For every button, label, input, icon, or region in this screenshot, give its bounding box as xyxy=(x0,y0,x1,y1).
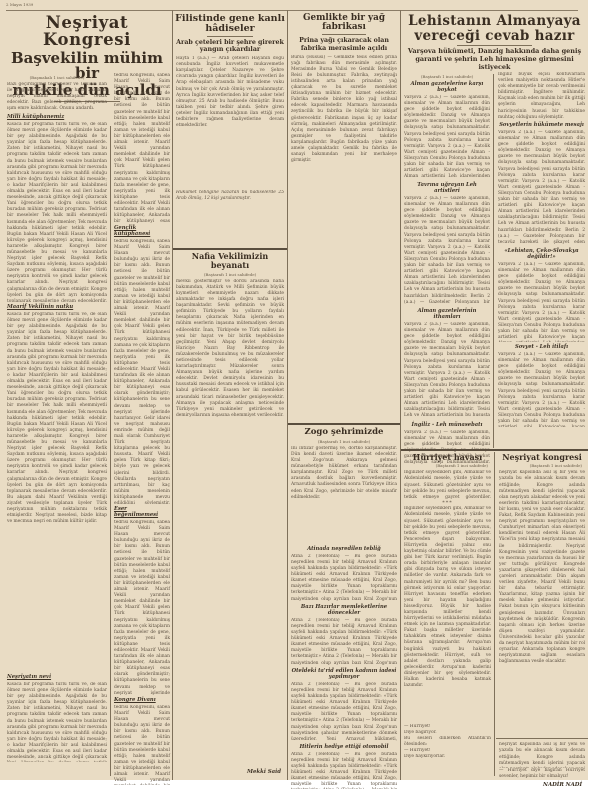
article-hurriyet-havasi: Hürriyet havası (Baştarafı 1 inci sahife… xyxy=(401,453,494,760)
section-title: Bazı Hazırlar memleketlerine dönecekler xyxy=(291,604,397,616)
closing-line: Bu sesleri dinlerken Atlantik'in ötesind… xyxy=(401,736,494,748)
article-body: Varşova 2 (a.a.) — Gazete ajansının, sin… xyxy=(495,352,588,427)
article-body: Atina 2 (Telefonla) — Bu gece burada neş… xyxy=(288,618,400,666)
column-rule xyxy=(494,452,495,776)
signature: NADİR NADİ xyxy=(496,782,588,788)
headline-nafia-2: beyanatı xyxy=(173,261,287,269)
section-title: Maarif Vekilinin nutku xyxy=(7,304,107,310)
dateline: (Baştarafı 1 inci sahifede) xyxy=(401,463,494,468)
nesriyat-column-1: (Başmakalı 1 inci sahifede) Bazı geçirdi… xyxy=(4,73,110,762)
headline-nesriyat-kongresi: Neşriyat kongresi xyxy=(496,453,588,461)
divider xyxy=(457,45,532,46)
article-nafia: Nafia Vekilimizin beyanatı (Baştarafı 1 … xyxy=(173,252,287,775)
article-body: Varşova 2 (a.a.) — Gazete ajansının, sin… xyxy=(495,130,588,246)
section-title: Alman gazetelerinin ithamları xyxy=(404,308,490,320)
section-rule xyxy=(288,423,400,425)
section-title: Alman gazetelerine karşı boykot xyxy=(404,81,490,93)
lehistan-column-2: İngiliz büyük elçisi kontuvarlara verile… xyxy=(495,72,588,427)
headline-filistin: Filistinde gene kanlı hâdiseler xyxy=(173,14,287,34)
headline-zogo: Zogo şehrimizde xyxy=(288,428,400,437)
article-body: Kısaca bir programa türlü türlü ve, de o… xyxy=(4,122,110,302)
section-title: Sovyetlerin hükümete mesajı xyxy=(498,122,585,128)
article-body: neşriyat kapısında asıl iş bir yeni ve y… xyxy=(496,742,588,768)
article-body: Bursa (Hususi) — Gemlikte tesis edilen p… xyxy=(288,55,400,392)
headline-lehistan: Lehistanın Almanyaya xyxy=(401,14,588,28)
signature: Mekki Said xyxy=(173,769,287,775)
dateline: (Baştarafı 1 inci sahifede) xyxy=(401,74,493,79)
article-body: Kısaca bir programa türlü türlü ve, de o… xyxy=(4,682,110,762)
section-title: Oteldeki ta'rid edilen kadının iadesi ya… xyxy=(291,668,397,680)
article-body: Varşova 2 (a.a.) — Gazete ajansının, sin… xyxy=(401,196,493,306)
article-body: İngiliz büyük elçisi kontuvarlara verile… xyxy=(495,72,588,120)
section-title: «Lehistan, Çeko-Slovakya değildir!» xyxy=(498,248,585,260)
subhead-gemlik: Prina yağı çıkaracak olan fabrika merasi… xyxy=(288,37,400,52)
section-title: Tavrına uğrayan Leh artistleri xyxy=(404,182,490,194)
article-body: Varşova 2 (a.a.) — Gazete ajansının, sin… xyxy=(495,262,588,342)
section-rule xyxy=(401,449,588,451)
divider xyxy=(207,36,253,37)
closing-line: — Hürriyet diye bağıran Hürriyet sevenle… xyxy=(496,768,588,780)
dateline: (Baştarafı 1 inci sahifede) xyxy=(496,463,588,468)
article-body: Hayfa 1 (a.a.) — Arab çeteleri Hayanın d… xyxy=(173,56,287,190)
article-filistin: Filistinde gene kanlı hâdiseler Arab çet… xyxy=(173,10,287,215)
article-body: Varşova 2 (a.a.) — Gazete ajansının, sin… xyxy=(401,322,493,420)
section-title: İngiliz - Leh münasebatı xyxy=(404,422,490,428)
article-gemlik: Gemlikte bir yağ fabrikası Prina yağı çı… xyxy=(288,10,400,392)
article-body: mevkii göstermiştir ve dördü arasında na… xyxy=(173,279,287,767)
article-body: Atina 2 (Telefonla) — Bu gece burada neş… xyxy=(288,682,400,742)
section-title: Neşriyatın nevi xyxy=(7,674,107,680)
article-body: tedrisi Kongresini, sabea Maarif Vekili … xyxy=(112,705,172,785)
divider xyxy=(322,34,367,35)
newspaper-page: 2 Mayıs 1939 Neşriyat Kongresi Başvekili… xyxy=(0,0,588,780)
section-title: Atinada neşredilen tebliğ xyxy=(291,546,397,552)
article-nesriyat-kongresi-2: Neşriyat kongresi (Baştarafı 1 inci sahi… xyxy=(496,453,588,788)
article-body: tedrisi Kongresini, sabea Maarif Vekili … xyxy=(112,73,172,223)
headline-lehistan-2: vereceği cevab hazır xyxy=(401,29,588,43)
section-title: Kongre Divanı xyxy=(114,697,170,703)
section-title: Sovyet - Leh itilafı xyxy=(498,344,585,350)
section-title: Gençlik kütüphanesi xyxy=(114,225,170,237)
dateline: (Baştarafı 1 inci sahifede) xyxy=(173,272,287,277)
section-title: Eser beğenilmemesi xyxy=(114,506,170,518)
closing-line: Diye haykırıyorlar. xyxy=(401,754,494,760)
headline-hurriyet: Hürriyet havası xyxy=(401,453,494,461)
nesriyat-column-2: tedrisi Kongresini, sabea Maarif Vekili … xyxy=(112,73,172,785)
article-body: Atina 2 (Telefonla) — Bu gece burada neş… xyxy=(288,554,400,602)
headline-gemlik: Gemlikte bir yağ fabrikası xyxy=(288,14,400,32)
section-title: Milli kütüphanemiz xyxy=(7,114,107,120)
subhead-lehistan: Varşova hükûmeti, Danzig hakkında daha g… xyxy=(401,48,588,71)
article-lead: Bazı geçirdiğimiz tecrübeler ve Ümidin i… xyxy=(4,82,110,112)
article-body: Ini intizar göstermiş ve, dörtkö karşıla… xyxy=(288,446,400,544)
section-title: Hitlerin hediye ettiği otomobil xyxy=(291,744,397,750)
article-body: Varşova 2 (a.a.) — Gazete ajansının, sin… xyxy=(401,95,493,180)
article-body: İngilizler söyledikleri gibi, Almanlar v… xyxy=(401,506,494,724)
dateline: (Başmakalı 1 inci sahifede) xyxy=(4,75,110,80)
article-footnote: Hükümet tebliğine nazaran bu hâdiselerde… xyxy=(173,190,287,215)
section-rule xyxy=(496,738,588,739)
lehistan-column-1: (Baştarafı 1 inci sahifede) Alman gazete… xyxy=(401,72,493,466)
article-body: İngilizler söyledikleri gibi, Almanlar v… xyxy=(401,470,494,500)
column-rule xyxy=(493,74,494,448)
article-body: Kısaca bir programa türlü türlü ve, de o… xyxy=(4,312,110,672)
article-body: Atina 2 (Telefonla) — Bu gece burada neş… xyxy=(288,752,400,789)
article-body: tedrisi Kongresini, sabea Maarif Vekili … xyxy=(112,520,172,695)
article-lehistan: Lehistanın Almanyaya vereceği cevab hazı… xyxy=(401,10,588,74)
headline-nafia: Nafia Vekilimizin xyxy=(173,252,287,260)
subhead-filistin: Arab çeteleri bir şehre girerek yangın ç… xyxy=(173,39,287,54)
article-body: neşriyat kapısında asıl iş bir yeni ve y… xyxy=(496,470,588,735)
section-rule xyxy=(173,248,287,250)
column-rule xyxy=(110,126,111,776)
article-zogo: Zogo şehrimizde (Baştarafı 1 inci sahife… xyxy=(288,428,400,789)
headline-nesriyat: Neşriyat Kongresi xyxy=(4,14,170,49)
article-body: tedrisi Kongresini, sabea Maarif Vekili … xyxy=(112,239,172,504)
dateline: (Baştarafı 1 inci sahifede) xyxy=(288,439,400,444)
